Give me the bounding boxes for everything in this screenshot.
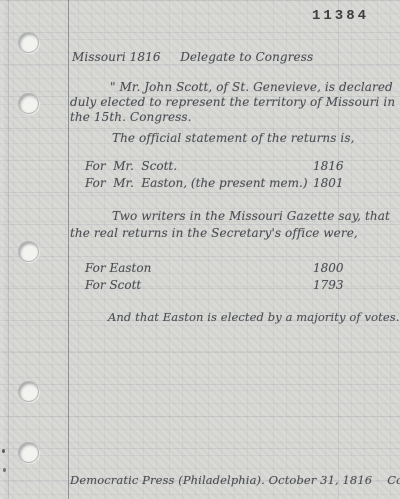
ink-speck bbox=[3, 468, 6, 472]
returns-row: For Easton 1800 bbox=[85, 261, 360, 276]
margin-rule-line bbox=[68, 0, 69, 499]
punch-hole bbox=[18, 381, 39, 402]
row-label: For Scott bbox=[85, 278, 141, 292]
row-value: 1801 bbox=[313, 176, 344, 190]
quote-line-3: the 15th. Congress. bbox=[70, 110, 192, 124]
source-citation-line: Democratic Press (Philadelphia). October… bbox=[70, 473, 400, 487]
row-value: 1800 bbox=[313, 261, 344, 275]
punch-hole bbox=[18, 442, 39, 463]
grid-accent-line bbox=[338, 0, 339, 499]
punch-hole bbox=[18, 93, 39, 114]
title-line: Missouri 1816 Delegate to Congress bbox=[72, 50, 313, 64]
returns-row: For Scott 1793 bbox=[85, 278, 360, 293]
returns-row: For Mr. Scott. 1816 bbox=[85, 159, 360, 174]
quote-line-2: duly elected to represent the territory … bbox=[70, 95, 395, 109]
punch-hole bbox=[18, 32, 39, 53]
row-value: 1793 bbox=[313, 278, 344, 292]
stamp-number: 11384 bbox=[312, 8, 369, 24]
page-edge bbox=[0, 0, 9, 499]
row-label: For Mr. Scott. bbox=[85, 159, 177, 173]
gazette-line-2: the real returns in the Secretary's offi… bbox=[70, 226, 358, 240]
ink-speck bbox=[2, 449, 5, 453]
scanned-document-page: 11384 Missouri 1816 Delegate to Congress… bbox=[0, 0, 400, 499]
returns-row: For Mr. Easton, (the present mem.) 1801 bbox=[85, 176, 360, 191]
row-label: For Mr. Easton, (the present mem.) bbox=[85, 176, 308, 190]
row-label: For Easton bbox=[85, 261, 151, 275]
conclusion-line: And that Easton is elected by a majority… bbox=[108, 310, 400, 324]
gazette-line-1: Two writers in the Missouri Gazette say,… bbox=[112, 209, 390, 223]
row-value: 1816 bbox=[313, 159, 344, 173]
quote-line-1: " Mr. John Scott, of St. Genevieve, is d… bbox=[110, 80, 393, 94]
official-statement-line: The official statement of the returns is… bbox=[112, 131, 355, 145]
punch-hole bbox=[18, 241, 39, 262]
